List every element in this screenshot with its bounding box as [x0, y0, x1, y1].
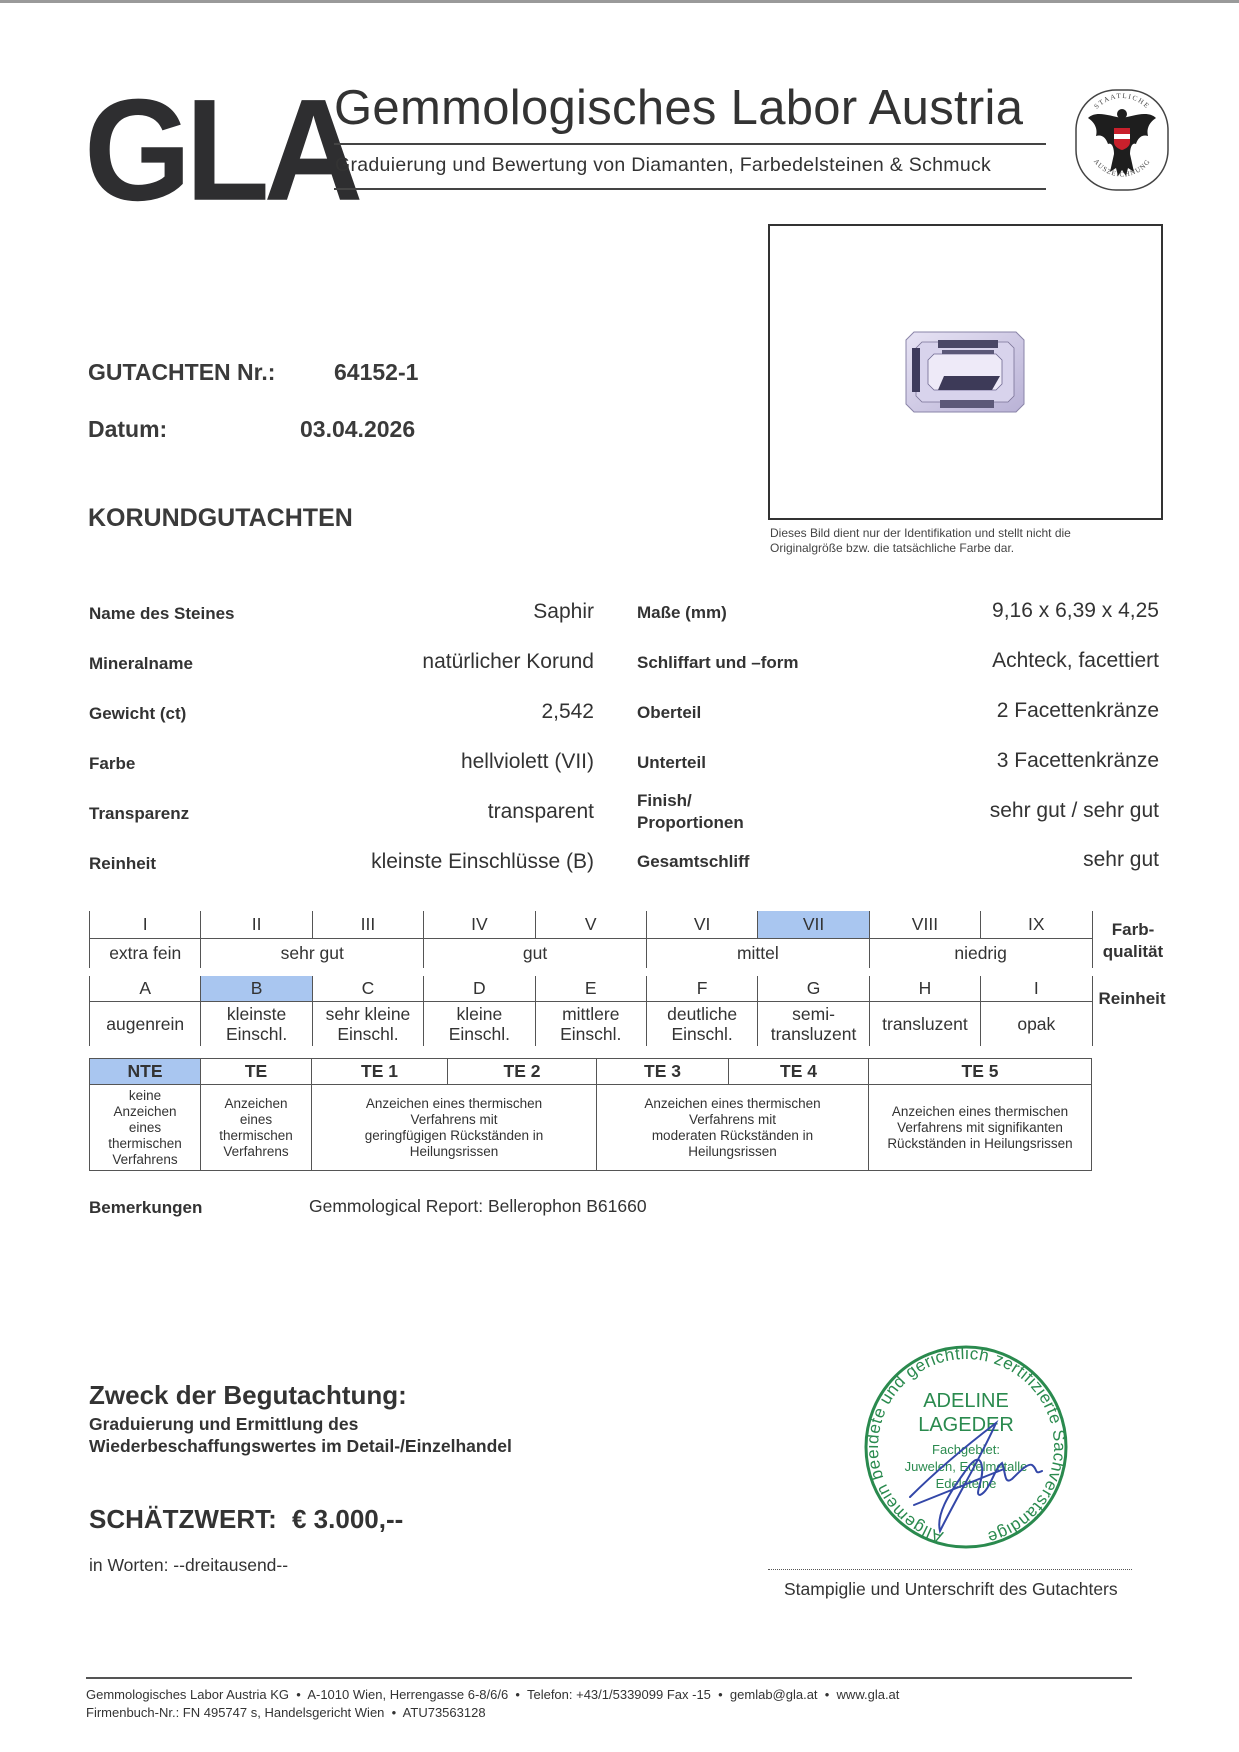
treatment-desc-line: Verfahrens mit signifikanten	[869, 1120, 1091, 1136]
appraiser-stamp-icon: Allgemein beeidete und gerichtlich zerti…	[862, 1345, 1090, 1555]
svg-text:Fachgebiet:: Fachgebiet:	[932, 1442, 1000, 1457]
svg-text:ADELINE: ADELINE	[923, 1390, 1009, 1412]
valuation-label: SCHÄTZWERT:	[89, 1504, 277, 1534]
prop-value-pavilion: 3 Facettenkränze	[860, 749, 1159, 773]
valuation-amount: € 3.000,--	[292, 1504, 403, 1534]
color-grade-cell: IX	[981, 911, 1092, 938]
prop-value-crown: 2 Facettenkränze	[860, 699, 1159, 723]
clarity-desc-cell: opak	[981, 1001, 1092, 1046]
clarity-desc-line: opak	[981, 1014, 1091, 1034]
treatment-grade-cell: TE 2	[448, 1059, 597, 1085]
clarity-desc-cell: sehr kleineEinschl.	[312, 1001, 423, 1046]
color-grade-cell: III	[312, 911, 423, 938]
clarity-desc-cell: deutlicheEinschl.	[646, 1001, 757, 1046]
prop-value-mineral: natürlicher Korund	[300, 650, 594, 674]
clarity-desc-cell: kleineEinschl.	[424, 1001, 535, 1046]
prop-label-pavilion: Unterteil	[637, 753, 706, 773]
color-group-cell: extra fein	[90, 938, 201, 968]
prop-value-stone-name: Saphir	[300, 600, 594, 624]
color-grade-cell: VI	[646, 911, 757, 938]
prop-value-weight: 2,542	[300, 700, 594, 724]
date-value: 03.04.2026	[300, 416, 415, 443]
treatment-desc-line: Verfahrens mit	[597, 1112, 868, 1128]
treatment-desc-cell: Anzeichen eines thermischen Verfahrens m…	[312, 1085, 597, 1171]
header-rule-bottom	[334, 188, 1046, 190]
color-grade-cell: I	[90, 911, 201, 938]
clarity-desc-line: Einschl.	[536, 1024, 646, 1044]
treatment-desc-line: Anzeichen eines thermischen	[597, 1096, 868, 1112]
treatment-desc-line: thermischen	[90, 1136, 200, 1152]
prop-value-finish: sehr gut / sehr gut	[860, 799, 1159, 823]
gla-logo: GLA	[84, 78, 357, 223]
footer-address: Gemmologisches Labor Austria KG • A-1010…	[86, 1686, 899, 1704]
color-grade-cell: IV	[424, 911, 535, 938]
date-label: Datum:	[88, 416, 167, 443]
treatment-desc-line: Verfahrens mit	[312, 1112, 596, 1128]
prop-value-color: hellviolett (VII)	[300, 750, 594, 774]
clarity-desc-line: augenrein	[90, 1014, 200, 1034]
report-number-label: GUTACHTEN Nr.:	[88, 359, 275, 386]
valuation-in-words: in Worten: --dreitausend--	[89, 1555, 288, 1576]
clarity-desc-line: transluzent	[758, 1024, 868, 1044]
color-grade-cell: II	[201, 911, 312, 938]
treatment-desc-line: eines	[90, 1120, 200, 1136]
footer-rule	[86, 1677, 1132, 1679]
treatment-desc-line: Anzeichen eines thermischen	[869, 1104, 1091, 1120]
color-quality-label: Farb- qualität	[1098, 919, 1168, 963]
clarity-desc-cell: augenrein	[90, 1001, 201, 1046]
prop-label-mineral: Mineralname	[89, 654, 193, 674]
prop-label-overall-cut: Gesamtschliff	[637, 852, 749, 872]
prop-value-cut: Achteck, facettiert	[860, 649, 1159, 673]
clarity-grade-cell: F	[646, 976, 757, 1001]
treatment-desc-cell: Anzeichen eines thermischen Verfahrens m…	[597, 1085, 869, 1171]
prop-label-weight: Gewicht (ct)	[89, 704, 186, 724]
clarity-grade-cell: D	[424, 976, 535, 1001]
header-rule-top	[334, 143, 1046, 145]
color-grade-cell: V	[535, 911, 646, 938]
prop-label-finish-line1: Finish/	[637, 790, 744, 812]
photo-caption-line: Dieses Bild dient nur der Identifikation…	[770, 526, 1140, 541]
prop-label-stone-name: Name des Steines	[89, 604, 235, 624]
color-grade-cell-selected: VII	[758, 911, 869, 938]
purpose-title: Zweck der Begutachtung:	[89, 1380, 407, 1411]
treatment-table: NTE TE TE 1 TE 2 TE 3 TE 4 TE 5 keine An…	[89, 1058, 1092, 1171]
report-number-value: 64152-1	[334, 359, 418, 386]
emerald-cut-gemstone-image	[904, 328, 1026, 416]
prop-label-dimensions: Maße (mm)	[637, 603, 727, 623]
purpose-text: Graduierung und Ermittlung des Wiederbes…	[89, 1413, 512, 1457]
prop-label-color: Farbe	[89, 754, 135, 774]
clarity-desc-line: deutliche	[647, 1004, 757, 1024]
photo-caption: Dieses Bild dient nur der Identifikation…	[770, 526, 1140, 556]
treatment-desc-cell: Anzeichen eines thermischen Verfahrens m…	[869, 1085, 1092, 1171]
lab-subtitle: Graduierung und Bewertung von Diamanten,…	[335, 156, 991, 176]
treatment-desc-line: eines	[201, 1112, 311, 1128]
clarity-desc-line: kleinste	[201, 1004, 311, 1024]
treatment-grade-cell: TE 4	[729, 1059, 869, 1085]
clarity-desc-line: sehr kleine	[313, 1004, 423, 1024]
prop-value-transparency: transparent	[300, 800, 594, 824]
treatment-desc-line: moderaten Rückständen in	[597, 1128, 868, 1144]
clarity-grade-cell: E	[535, 976, 646, 1001]
prop-label-finish-line2: Proportionen	[637, 812, 744, 834]
treatment-desc-line: thermischen	[201, 1128, 311, 1144]
remarks-label: Bemerkungen	[89, 1198, 202, 1218]
purpose-line: Wiederbeschaffungswertes im Detail-/Einz…	[89, 1435, 512, 1457]
clarity-desc-cell: transluzent	[869, 1001, 980, 1046]
clarity-desc-cell: semi-transluzent	[758, 1001, 869, 1046]
clarity-desc-line: Einschl.	[647, 1024, 757, 1044]
color-grade-cell: VIII	[869, 911, 980, 938]
report-type: KORUNDGUTACHTEN	[88, 504, 353, 533]
clarity-grade-cell: A	[90, 976, 201, 1001]
prop-label-transparency: Transparenz	[89, 804, 189, 824]
svg-text:LAGEDER: LAGEDER	[918, 1414, 1014, 1436]
color-grade-table: I II III IV V VI VII VIII IX extra fein …	[89, 911, 1093, 968]
svg-text:STAATLICHE: STAATLICHE	[1093, 92, 1152, 111]
austrian-eagle-emblem-icon: STAATLICHE AUSZEICHNUNG	[1074, 88, 1170, 192]
clarity-grade-cell-selected: B	[201, 976, 312, 1001]
color-quality-label-line: Farb-	[1098, 919, 1168, 941]
treatment-desc-cell: keine Anzeichen eines thermischen Verfah…	[90, 1085, 201, 1171]
treatment-desc-line: Verfahrens	[201, 1144, 311, 1160]
prop-label-crown: Oberteil	[637, 703, 701, 723]
purpose-line: Graduierung und Ermittlung des	[89, 1413, 512, 1435]
treatment-desc-line: Heilungsrissen	[312, 1144, 596, 1160]
lab-name: Gemmologisches Labor Austria	[334, 84, 1023, 133]
treatment-grade-cell: TE 1	[312, 1059, 448, 1085]
treatment-desc-line: Verfahrens	[90, 1152, 200, 1168]
clarity-desc-line: semi-	[758, 1004, 868, 1024]
clarity-grade-cell: H	[869, 976, 980, 1001]
clarity-desc-line: Einschl.	[424, 1024, 534, 1044]
clarity-grade-cell: I	[981, 976, 1092, 1001]
treatment-desc-line: Anzeichen	[201, 1096, 311, 1112]
clarity-label: Reinheit	[1092, 988, 1172, 1010]
clarity-desc-cell: mittlereEinschl.	[535, 1001, 646, 1046]
clarity-desc-line: Einschl.	[201, 1024, 311, 1044]
treatment-grade-cell: TE 3	[597, 1059, 729, 1085]
treatment-desc-line: Anzeichen	[90, 1104, 200, 1120]
treatment-desc-line: keine	[90, 1088, 200, 1104]
color-group-cell: gut	[424, 938, 647, 968]
treatment-desc-line: Rückständen in Heilungsrissen	[869, 1136, 1091, 1152]
footer: Gemmologisches Labor Austria KG • A-1010…	[86, 1686, 899, 1722]
footer-registry: Firmenbuch-Nr.: FN 495747 s, Handelsgeri…	[86, 1704, 899, 1722]
clarity-desc-cell: kleinsteEinschl.	[201, 1001, 312, 1046]
prop-value-dimensions: 9,16 x 6,39 x 4,25	[860, 599, 1159, 623]
color-group-cell: sehr gut	[201, 938, 424, 968]
scan-edge	[0, 0, 1239, 3]
clarity-desc-line: transluzent	[870, 1014, 980, 1034]
valuation: SCHÄTZWERT: € 3.000,--	[89, 1504, 403, 1535]
signature-line	[768, 1569, 1132, 1570]
prop-value-overall-cut: sehr gut	[860, 848, 1159, 872]
treatment-grade-cell-selected: NTE	[90, 1059, 201, 1085]
clarity-grade-cell: C	[312, 976, 423, 1001]
clarity-desc-line: kleine	[424, 1004, 534, 1024]
color-group-cell: mittel	[646, 938, 869, 968]
prop-label-clarity: Reinheit	[89, 854, 156, 874]
clarity-desc-line: mittlere	[536, 1004, 646, 1024]
remarks-value: Gemmological Report: Bellerophon B61660	[309, 1196, 647, 1217]
clarity-desc-line: Einschl.	[313, 1024, 423, 1044]
treatment-desc-line: Anzeichen eines thermischen	[312, 1096, 596, 1112]
prop-label-cut: Schliffart und –form	[637, 653, 799, 673]
signature-caption: Stampiglie und Unterschrift des Gutachte…	[784, 1579, 1118, 1600]
treatment-grade-cell: TE 5	[869, 1059, 1092, 1085]
treatment-grade-cell: TE	[201, 1059, 312, 1085]
treatment-desc-line: Heilungsrissen	[597, 1144, 868, 1160]
treatment-desc-line: geringfügigen Rückständen in	[312, 1128, 596, 1144]
prop-value-clarity: kleinste Einschlüsse (B)	[300, 850, 594, 874]
color-group-cell: niedrig	[869, 938, 1092, 968]
photo-caption-line: Originalgröße bzw. die tatsächliche Farb…	[770, 541, 1140, 556]
color-quality-label-line: qualität	[1098, 941, 1168, 963]
clarity-grade-cell: G	[758, 976, 869, 1001]
clarity-grade-table: A B C D E F G H I augenrein kleinsteEins…	[89, 976, 1093, 1046]
prop-label-finish: Finish/ Proportionen	[637, 790, 744, 834]
treatment-desc-cell: Anzeichen eines thermischen Verfahrens	[201, 1085, 312, 1171]
